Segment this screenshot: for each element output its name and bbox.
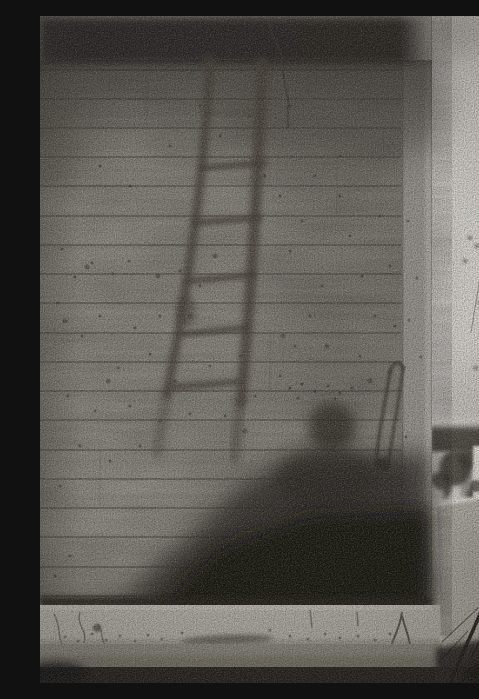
- photograph: [40, 16, 479, 683]
- vignette: [40, 16, 479, 683]
- photo-canvas: [40, 16, 479, 683]
- film-grain: [40, 16, 479, 683]
